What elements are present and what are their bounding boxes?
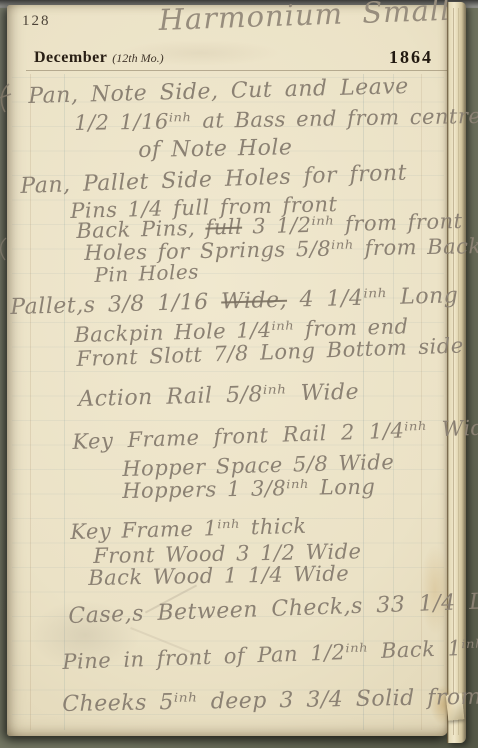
- note-line: Back Wood 1 1/4 Wide: [88, 561, 349, 590]
- printed-year: 1864: [389, 47, 433, 68]
- column-line: [421, 74, 422, 730]
- month-ordinal-note: (12th Mo.): [112, 51, 163, 65]
- note-line: Hoppers 1 3/8ⁱⁿʰ Long: [122, 475, 376, 503]
- struck-word: Wide,: [221, 288, 287, 315]
- printed-month-header: December(12th Mo.): [34, 49, 164, 67]
- struck-word: full: [205, 215, 242, 240]
- note-line: Pin Holes: [94, 259, 199, 287]
- header-rule: [26, 70, 447, 71]
- note-line: of Note Hole: [138, 135, 293, 163]
- page-number: 128: [22, 13, 51, 30]
- month-label: December: [34, 49, 107, 66]
- scanned-notebook-page: 128 Harmonium Small December(12th Mo.) 1…: [0, 0, 478, 748]
- margin-line: [30, 74, 31, 730]
